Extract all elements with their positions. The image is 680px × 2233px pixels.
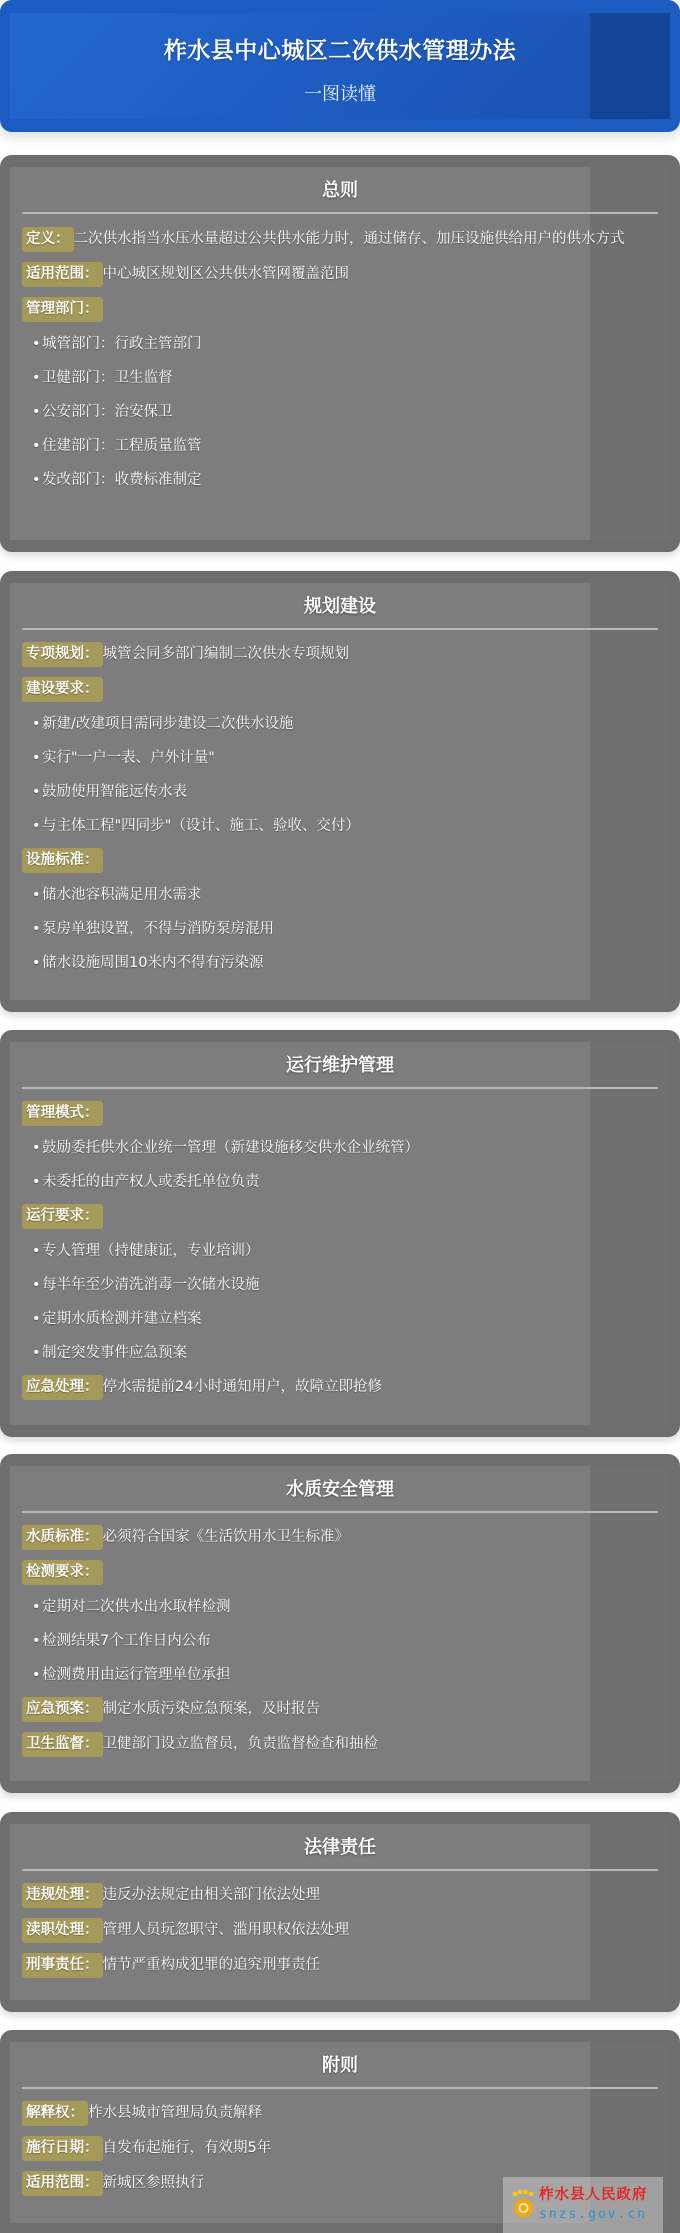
section-content: 水质安全管理 水质标准：必须符合国家《生活饮用水卫生标准》 检测要求： •定期对… [22,1466,658,1767]
emergency-text: 停水需提前24小时通知用户，故障立即抢修 [103,1379,382,1395]
plan-row: 专项规划：城管会同多部门编制二次供水专项规划 [22,642,658,667]
list-item-text: 泵房单独设置，不得与消防泵房混用 [42,921,274,937]
list-item: •制定突发事件应急预案 [22,1341,658,1365]
section-title: 附则 [22,2042,658,2087]
list-item: •检测结果7个工作日内公布 [22,1629,658,1653]
list-item: •卫健部门：卫生监督 [22,366,658,390]
testing-label: 检测要求： [22,1560,103,1585]
emergency-row: 应急处理：停水需提前24小时通知用户，故障立即抢修 [22,1375,658,1400]
bullet-icon: • [32,712,42,736]
liability-label: 刑事责任： [22,1953,103,1978]
list-item-text: 定期对二次供水出水取样检测 [42,1599,231,1615]
requirements-row: 建设要求： [22,677,658,702]
supplementary-text: 新城区参照执行 [103,2175,205,2191]
list-item: •住建部门：工程质量监管 [22,434,658,458]
liability-text: 管理人员玩忽职守、滥用职权依法处理 [103,1922,350,1938]
supplementary-label: 适用范围： [22,2171,103,2196]
list-item: •检测费用由运行管理单位承担 [22,1663,658,1687]
list-item: •定期水质检测并建立档案 [22,1307,658,1331]
scope-text: 中心城区规划区公共供水管网覆盖范围 [103,266,350,282]
section-divider [22,1087,658,1089]
bullet-icon: • [32,1629,42,1653]
list-item: •每半年至少清洗消毒一次储水设施 [22,1273,658,1297]
bullet-icon: • [32,1136,42,1160]
list-item-text: 每半年至少清洗消毒一次储水设施 [42,1277,260,1293]
list-item-text: 定期水质检测并建立档案 [42,1311,202,1327]
bullet-icon: • [32,1239,42,1263]
section-title: 法律责任 [22,1824,658,1869]
bullet-icon: • [32,366,42,390]
list-item-text: 检测费用由运行管理单位承担 [42,1667,231,1683]
list-item: •泵房单独设置，不得与消防泵房混用 [22,917,658,941]
supplementary-row: 解释权：柞水县城市管理局负责解释 [22,2101,658,2126]
section-divider [22,2087,658,2089]
list-item-text: 检测结果7个工作日内公布 [42,1633,211,1649]
emergency-plan-row: 应急预案：制定水质污染应急预案，及时报告 [22,1697,658,1722]
watermark-name: 柞水县人民政府 [539,2183,648,2204]
departments-label: 管理部门： [22,297,103,322]
section-content: 运行维护管理 管理模式： •鼓励委托供水企业统一管理（新建设施移交供水企业统管）… [22,1042,658,1410]
section-title: 总则 [22,167,658,212]
section-operation: 运行维护管理 管理模式： •鼓励委托供水企业统一管理（新建设施移交供水企业统管）… [0,1030,680,1437]
bullet-icon: • [32,1595,42,1619]
section-title: 水质安全管理 [22,1466,658,1511]
operation-label: 运行要求： [22,1204,103,1229]
list-item: •专人管理（持健康证，专业培训） [22,1239,658,1263]
section-divider [22,212,658,214]
bullet-icon: • [32,434,42,458]
liability-text: 情节严重构成犯罪的追究刑事责任 [103,1957,321,1973]
gov-logo-icon [511,2189,537,2219]
scope-label: 适用范围： [22,262,103,287]
list-item-text: 鼓励使用智能远传水表 [42,784,187,800]
requirements-label: 建设要求： [22,677,103,702]
list-item: •发改部门：收费标准制定 [22,468,658,492]
section-general: 总则 定义：二次供水指当水压水量超过公共供水能力时，通过储存、加压设施供给用户的… [0,155,680,552]
list-item-text: 公安部门：治安保卫 [42,404,173,420]
scope-row: 适用范围：中心城区规划区公共供水管网覆盖范围 [22,262,658,287]
supervision-row: 卫生监督：卫健部门设立监督员，负责监督检查和抽检 [22,1732,658,1757]
list-item-text: 制定突发事件应急预案 [42,1345,187,1361]
list-item-text: 储水设施周围10米内不得有污染源 [42,955,263,971]
definition-label: 定义： [22,227,74,252]
departments-row: 管理部门： [22,297,658,322]
bullet-icon: • [32,814,42,838]
section-divider [22,628,658,630]
bullet-icon: • [32,1307,42,1331]
section-content: 法律责任 违规处理：违反办法规定由相关部门依法处理 渎职处理：管理人员玩忽职守、… [22,1824,658,1988]
list-item: •鼓励使用智能远传水表 [22,780,658,804]
list-item: •储水池容积满足用水需求 [22,883,658,907]
definition-text: 二次供水指当水压水量超过公共供水能力时，通过储存、加压设施供给用户的供水方式 [74,231,625,247]
list-item-text: 住建部门：工程质量监管 [42,438,202,454]
list-item: •未委托的由产权人或委托单位负责 [22,1170,658,1194]
section-divider [22,1511,658,1513]
standard-row: 水质标准：必须符合国家《生活饮用水卫生标准》 [22,1525,658,1550]
watermark-url: snzs.gov.cn [539,2207,647,2222]
plan-label: 专项规划： [22,642,103,667]
liability-row: 违规处理：违反办法规定由相关部门依法处理 [22,1883,658,1908]
page-subtitle: 一图读懂 [0,80,680,106]
supplementary-row: 施行日期：自发布起施行，有效期5年 [22,2136,658,2161]
list-item-text: 卫健部门：卫生监督 [42,370,173,386]
bullet-icon: • [32,746,42,770]
testing-row: 检测要求： [22,1560,658,1585]
bullet-icon: • [32,951,42,975]
bullet-icon: • [32,1170,42,1194]
supplementary-text: 柞水县城市管理局负责解释 [88,2105,262,2121]
list-item: •储水设施周围10米内不得有污染源 [22,951,658,975]
emergency-label: 应急处理： [22,1375,103,1400]
standard-text: 必须符合国家《生活饮用水卫生标准》 [103,1529,350,1545]
bullet-icon: • [32,883,42,907]
list-item-text: 发改部门：收费标准制定 [42,472,202,488]
plan-text: 城管会同多部门编制二次供水专项规划 [103,646,350,662]
list-item: •鼓励委托供水企业统一管理（新建设施移交供水企业统管） [22,1136,658,1160]
page-title: 柞水县中心城区二次供水管理办法 [0,32,680,65]
section-planning: 规划建设 专项规划：城管会同多部门编制二次供水专项规划 建设要求： •新建/改建… [0,571,680,1012]
bullet-icon: • [32,332,42,356]
section-divider [22,1869,658,1871]
liability-label: 渎职处理： [22,1918,103,1943]
bullet-icon: • [32,468,42,492]
list-item: •与主体工程"四同步"（设计、施工、验收、交付） [22,814,658,838]
supervision-label: 卫生监督： [22,1732,103,1757]
section-title: 运行维护管理 [22,1042,658,1087]
mode-label: 管理模式： [22,1101,103,1126]
supplementary-label: 施行日期： [22,2136,103,2161]
section-content: 总则 定义：二次供水指当水压水量超过公共供水能力时，通过储存、加压设施供给用户的… [22,167,658,502]
list-item-text: 专人管理（持健康证，专业培训） [42,1243,260,1259]
bullet-icon: • [32,1341,42,1365]
section-legal-liability: 法律责任 违规处理：违反办法规定由相关部门依法处理 渎职处理：管理人员玩忽职守、… [0,1812,680,2012]
standards-row: 设施标准： [22,848,658,873]
section-title: 规划建设 [22,583,658,628]
liability-row: 渎职处理：管理人员玩忽职守、滥用职权依法处理 [22,1918,658,1943]
standard-label: 水质标准： [22,1525,103,1550]
bullet-icon: • [32,780,42,804]
liability-text: 违反办法规定由相关部门依法处理 [103,1887,321,1903]
list-item: •定期对二次供水出水取样检测 [22,1595,658,1619]
list-item: •公安部门：治安保卫 [22,400,658,424]
list-item: •城管部门：行政主管部门 [22,332,658,356]
list-item: •新建/改建项目需同步建设二次供水设施 [22,712,658,736]
definition-row: 定义：二次供水指当水压水量超过公共供水能力时，通过储存、加压设施供给用户的供水方… [22,226,658,252]
supplementary-label: 解释权： [22,2101,88,2126]
emergency-plan-label: 应急预案： [22,1697,103,1722]
list-item-text: 实行"一户一表、户外计量" [42,750,215,766]
bullet-icon: • [32,1273,42,1297]
bullet-icon: • [32,1663,42,1687]
page-header: 柞水县中心城区二次供水管理办法 一图读懂 [0,0,680,132]
list-item-text: 城管部门：行政主管部门 [42,336,202,352]
mode-row: 管理模式： [22,1101,658,1126]
bullet-icon: • [32,400,42,424]
list-item-text: 储水池容积满足用水需求 [42,887,202,903]
list-item-text: 未委托的由产权人或委托单位负责 [42,1174,260,1190]
operation-row: 运行要求： [22,1204,658,1229]
list-item: •实行"一户一表、户外计量" [22,746,658,770]
list-item-text: 新建/改建项目需同步建设二次供水设施 [42,716,293,732]
section-water-quality: 水质安全管理 水质标准：必须符合国家《生活饮用水卫生标准》 检测要求： •定期对… [0,1454,680,1793]
emergency-plan-text: 制定水质污染应急预案，及时报告 [103,1701,321,1717]
liability-row: 刑事责任：情节严重构成犯罪的追究刑事责任 [22,1953,658,1978]
section-content: 规划建设 专项规划：城管会同多部门编制二次供水专项规划 建设要求： •新建/改建… [22,583,658,985]
supplementary-text: 自发布起施行，有效期5年 [103,2140,272,2156]
source-watermark: 柞水县人民政府 snzs.gov.cn [503,2177,663,2233]
bullet-icon: • [32,917,42,941]
liability-label: 违规处理： [22,1883,103,1908]
list-item-text: 鼓励委托供水企业统一管理（新建设施移交供水企业统管） [42,1140,419,1156]
list-item-text: 与主体工程"四同步"（设计、施工、验收、交付） [42,818,360,834]
standards-label: 设施标准： [22,848,103,873]
supervision-text: 卫健部门设立监督员，负责监督检查和抽检 [103,1736,379,1752]
